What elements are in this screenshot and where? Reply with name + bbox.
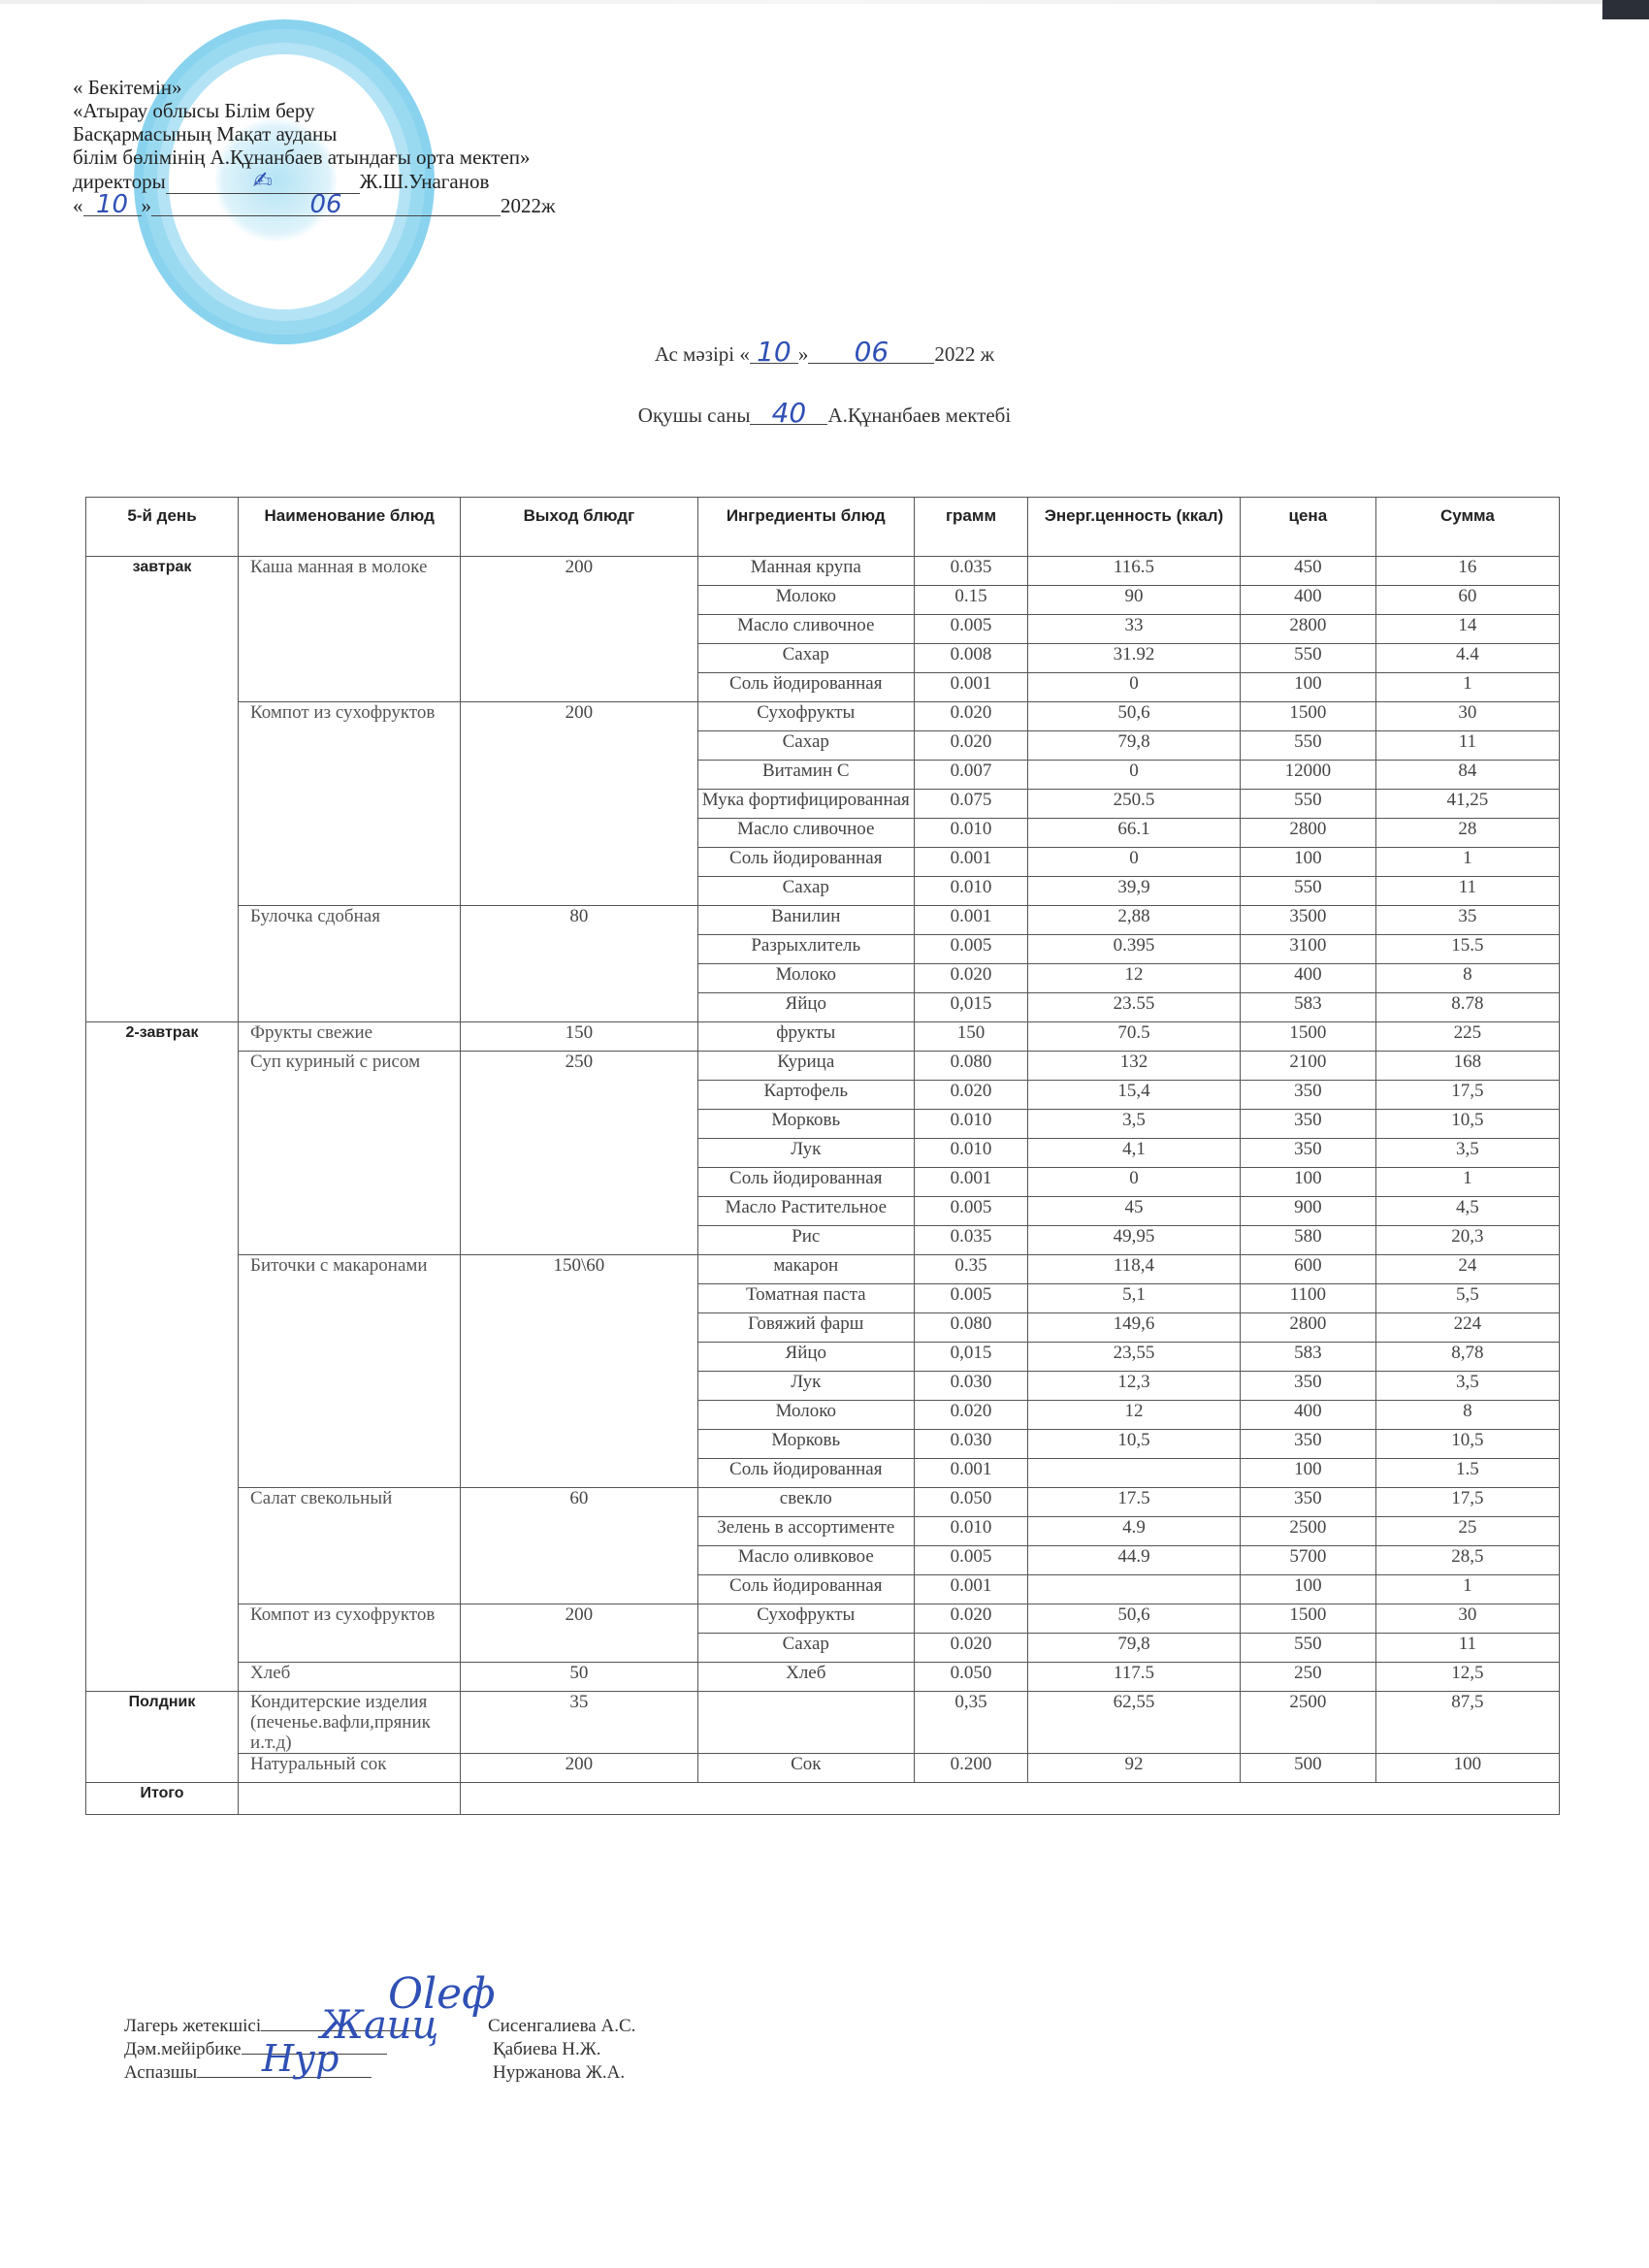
ingredient-gram: 0.030 xyxy=(915,1372,1028,1401)
ingredient-energy: 62,55 xyxy=(1027,1692,1240,1754)
ingredient-price: 583 xyxy=(1240,993,1375,1022)
ingredient-price: 900 xyxy=(1240,1197,1375,1226)
ingredient-price: 550 xyxy=(1240,731,1375,761)
ingredient-name: Сахар xyxy=(697,644,915,673)
ingredient-energy: 49,95 xyxy=(1027,1226,1240,1255)
ingredient-gram: 0.050 xyxy=(915,1488,1028,1517)
ingredient-price: 550 xyxy=(1240,644,1375,673)
col-ingredients: Ингредиенты блюд xyxy=(697,498,915,557)
ingredient-name: Яйцо xyxy=(697,1343,915,1372)
ingredient-name: свекло xyxy=(697,1488,915,1517)
ingredient-name: Соль йодированная xyxy=(697,1575,915,1604)
ingredient-price: 2800 xyxy=(1240,819,1375,848)
ingredient-sum: 8.78 xyxy=(1375,993,1559,1022)
ingredient-sum: 11 xyxy=(1375,1634,1559,1663)
ingredient-sum: 8 xyxy=(1375,964,1559,993)
ingredient-energy: 31.92 xyxy=(1027,644,1240,673)
ingredient-sum: 30 xyxy=(1375,702,1559,731)
ingredient-energy: 23,55 xyxy=(1027,1343,1240,1372)
col-day: 5-й день xyxy=(86,498,239,557)
dish-name: Булочка сдобная xyxy=(239,906,461,1022)
ingredient-price: 5700 xyxy=(1240,1546,1375,1575)
ingredient-name: Молоко xyxy=(697,964,915,993)
ingredient-price: 2500 xyxy=(1240,1692,1375,1754)
ingredient-energy: 12 xyxy=(1027,1401,1240,1430)
ingredient-name: Ванилин xyxy=(697,906,915,935)
scan-corner-mark xyxy=(1602,0,1649,19)
dish-output: 200 xyxy=(461,557,697,702)
ingredient-sum: 10,5 xyxy=(1375,1430,1559,1459)
ingredient-name: Соль йодированная xyxy=(697,673,915,702)
ingredient-energy: 70.5 xyxy=(1027,1022,1240,1052)
ingredient-energy: 92 xyxy=(1027,1754,1240,1783)
ingredient-gram: 0.020 xyxy=(915,1081,1028,1110)
ingredient-sum: 1 xyxy=(1375,848,1559,877)
ingredient-name xyxy=(697,1692,915,1754)
ingredient-sum: 8,78 xyxy=(1375,1343,1559,1372)
ingredient-price: 100 xyxy=(1240,848,1375,877)
ingredient-gram: 0.020 xyxy=(915,731,1028,761)
ingredient-energy: 4.9 xyxy=(1027,1517,1240,1546)
meal-label: завтрак xyxy=(86,557,239,1022)
table-row: Булочка сдобная80Ванилин0.0012,88350035 xyxy=(86,906,1560,935)
ingredient-price: 100 xyxy=(1240,673,1375,702)
ingredient-sum: 225 xyxy=(1375,1022,1559,1052)
ingredient-name: Морковь xyxy=(697,1430,915,1459)
ingredient-price: 100 xyxy=(1240,1575,1375,1604)
ingredient-gram: 0.001 xyxy=(915,1575,1028,1604)
ingredient-name: Картофель xyxy=(697,1081,915,1110)
ingredient-energy xyxy=(1027,1575,1240,1604)
total-row: Итого xyxy=(86,1783,1560,1815)
ingredient-price: 350 xyxy=(1240,1139,1375,1168)
ingredient-price: 2800 xyxy=(1240,615,1375,644)
total-value xyxy=(461,1783,1560,1815)
ingredient-name: Сухофрукты xyxy=(697,1604,915,1634)
ingredient-energy: 3,5 xyxy=(1027,1110,1240,1139)
ingredient-gram: 0.001 xyxy=(915,906,1028,935)
dish-output: 35 xyxy=(461,1692,697,1754)
ingredient-name: фрукты xyxy=(697,1022,915,1052)
ingredient-price: 583 xyxy=(1240,1343,1375,1372)
col-output: Выход блюдг xyxy=(461,498,697,557)
ingredient-energy: 50,6 xyxy=(1027,702,1240,731)
ingredient-gram: 0,35 xyxy=(915,1692,1028,1754)
ingredient-sum: 224 xyxy=(1375,1313,1559,1343)
ingredient-gram: 150 xyxy=(915,1022,1028,1052)
ingredient-gram: 0.035 xyxy=(915,557,1028,586)
ingredient-name: Рис xyxy=(697,1226,915,1255)
approval-date-day: 10 xyxy=(83,194,142,216)
ingredient-gram: 0,015 xyxy=(915,1343,1028,1372)
dish-name: Кондитерские изделия (печенье.вафли,прян… xyxy=(239,1692,461,1754)
dish-output: 250 xyxy=(461,1052,697,1255)
dish-name: Каша манная в молоке xyxy=(239,557,461,702)
ingredient-name: Масло сливочное xyxy=(697,615,915,644)
table-row: Компот из сухофруктов200Сухофрукты0.0205… xyxy=(86,1604,1560,1634)
approval-date-line: «10»062022ж xyxy=(73,194,556,217)
ingredient-energy: 50,6 xyxy=(1027,1604,1240,1634)
ingredient-energy: 132 xyxy=(1027,1052,1240,1081)
ingredient-energy: 0 xyxy=(1027,848,1240,877)
ingredient-energy: 33 xyxy=(1027,615,1240,644)
total-label: Итого xyxy=(86,1783,239,1815)
ingredient-name: Соль йодированная xyxy=(697,848,915,877)
ingredient-name: Манная крупа xyxy=(697,557,915,586)
ingredient-sum: 1.5 xyxy=(1375,1459,1559,1488)
ingredient-energy: 0 xyxy=(1027,761,1240,790)
ingredient-name: Соль йодированная xyxy=(697,1168,915,1197)
dish-name: Компот из сухофруктов xyxy=(239,1604,461,1663)
ingredient-gram: 0.005 xyxy=(915,1197,1028,1226)
ingredient-sum: 35 xyxy=(1375,906,1559,935)
ingredient-sum: 12,5 xyxy=(1375,1663,1559,1692)
ingredient-gram: 0.010 xyxy=(915,819,1028,848)
dish-name: Салат свекольный xyxy=(239,1488,461,1604)
ingredient-price: 500 xyxy=(1240,1754,1375,1783)
approval-line: білім бөлімінің А.Құнанбаев атындағы орт… xyxy=(73,146,556,169)
ingredient-name: Курица xyxy=(697,1052,915,1081)
ingredient-sum: 11 xyxy=(1375,877,1559,906)
ingredient-energy: 90 xyxy=(1027,586,1240,615)
approval-line: Басқармасының Мақат ауданы xyxy=(73,122,556,146)
ingredient-price: 580 xyxy=(1240,1226,1375,1255)
ingredient-price: 12000 xyxy=(1240,761,1375,790)
ingredient-price: 3100 xyxy=(1240,935,1375,964)
dish-name: Фрукты свежие xyxy=(239,1022,461,1052)
ingredient-gram: 0.050 xyxy=(915,1663,1028,1692)
ingredient-price: 400 xyxy=(1240,586,1375,615)
ingredient-gram: 0.020 xyxy=(915,1604,1028,1634)
table-row: 2-завтракФрукты свежие150фрукты15070.515… xyxy=(86,1022,1560,1052)
ingredient-energy: 12 xyxy=(1027,964,1240,993)
ingredient-sum: 3,5 xyxy=(1375,1372,1559,1401)
ingredient-gram: 0,015 xyxy=(915,993,1028,1022)
ingredient-name: Масло сливочное xyxy=(697,819,915,848)
dish-output: 60 xyxy=(461,1488,697,1604)
ingredient-sum: 25 xyxy=(1375,1517,1559,1546)
ingredient-sum: 1 xyxy=(1375,1168,1559,1197)
ingredient-name: Соль йодированная xyxy=(697,1459,915,1488)
ingredient-energy: 0 xyxy=(1027,1168,1240,1197)
ingredient-gram: 0.035 xyxy=(915,1226,1028,1255)
ingredient-price: 350 xyxy=(1240,1110,1375,1139)
approval-line: « Бекітемін» xyxy=(73,76,556,99)
table-row: Хлеб50Хлеб0.050117.525012,5 xyxy=(86,1663,1560,1692)
approval-line: «Атырау облысы Білім беру xyxy=(73,99,556,122)
ingredient-name: Говяжий фарш xyxy=(697,1313,915,1343)
handwritten-signature: Нур xyxy=(262,2037,339,2080)
ingredient-name: Зелень в ассортименте xyxy=(697,1517,915,1546)
ingredient-name: Масло Растительное xyxy=(697,1197,915,1226)
ingredient-gram: 0.010 xyxy=(915,877,1028,906)
ingredient-name: Витамин С xyxy=(697,761,915,790)
ingredient-sum: 84 xyxy=(1375,761,1559,790)
ingredient-price: 1500 xyxy=(1240,1022,1375,1052)
ingredient-name: Разрыхлитель xyxy=(697,935,915,964)
ingredient-gram: 0.001 xyxy=(915,673,1028,702)
ingredient-gram: 0.001 xyxy=(915,1168,1028,1197)
ingredient-gram: 0.020 xyxy=(915,964,1028,993)
dish-output: 80 xyxy=(461,906,697,1022)
ingredient-energy: 39,9 xyxy=(1027,877,1240,906)
dish-output: 200 xyxy=(461,1754,697,1783)
ingredient-energy: 79,8 xyxy=(1027,1634,1240,1663)
col-sum: Сумма xyxy=(1375,498,1559,557)
ingredient-gram: 0.005 xyxy=(915,935,1028,964)
approval-block: « Бекітемін» «Атырау облысы Білім беру Б… xyxy=(73,76,556,217)
ingredient-sum: 100 xyxy=(1375,1754,1559,1783)
ingredient-energy: 0.395 xyxy=(1027,935,1240,964)
ingredient-name: Лук xyxy=(697,1372,915,1401)
ingredient-energy xyxy=(1027,1459,1240,1488)
ingredient-energy: 118,4 xyxy=(1027,1255,1240,1284)
ingredient-gram: 0.001 xyxy=(915,1459,1028,1488)
ingredient-gram: 0.020 xyxy=(915,702,1028,731)
ingredient-gram: 0.030 xyxy=(915,1430,1028,1459)
ingredient-sum: 1 xyxy=(1375,1575,1559,1604)
ingredient-price: 400 xyxy=(1240,1401,1375,1430)
menu-date-line: Ас мәзірі «10»062022 ж xyxy=(0,341,1649,367)
ingredient-gram: 0.075 xyxy=(915,790,1028,819)
ingredient-energy: 0 xyxy=(1027,673,1240,702)
ingredient-price: 1500 xyxy=(1240,702,1375,731)
ingredient-sum: 10,5 xyxy=(1375,1110,1559,1139)
dish-output: 150 xyxy=(461,1022,697,1052)
ingredient-gram: 0.200 xyxy=(915,1754,1028,1783)
ingredient-gram: 0.080 xyxy=(915,1313,1028,1343)
ingredient-name: Молоко xyxy=(697,586,915,615)
ingredient-sum: 28,5 xyxy=(1375,1546,1559,1575)
ingredient-energy: 2,88 xyxy=(1027,906,1240,935)
ingredient-name: Сахар xyxy=(697,1634,915,1663)
ingredient-energy: 116.5 xyxy=(1027,557,1240,586)
ingredient-sum: 20,3 xyxy=(1375,1226,1559,1255)
meal-label: 2-завтрак xyxy=(86,1022,239,1692)
ingredient-name: Томатная паста xyxy=(697,1284,915,1313)
ingredient-price: 550 xyxy=(1240,790,1375,819)
ingredient-price: 2100 xyxy=(1240,1052,1375,1081)
dish-name: Биточки с макаронами xyxy=(239,1255,461,1488)
ingredient-price: 400 xyxy=(1240,964,1375,993)
ingredient-sum: 8 xyxy=(1375,1401,1559,1430)
ingredient-sum: 30 xyxy=(1375,1604,1559,1634)
dish-output: 50 xyxy=(461,1663,697,1692)
ingredient-name: Яйцо xyxy=(697,993,915,1022)
ingredient-name: Сок xyxy=(697,1754,915,1783)
dish-name: Суп куриный с рисом xyxy=(239,1052,461,1255)
ingredient-sum: 14 xyxy=(1375,615,1559,644)
ingredient-price: 550 xyxy=(1240,1634,1375,1663)
ingredient-sum: 5,5 xyxy=(1375,1284,1559,1313)
table-row: Суп куриный с рисом250Курица0.0801322100… xyxy=(86,1052,1560,1081)
ingredient-price: 450 xyxy=(1240,557,1375,586)
dish-name: Хлеб xyxy=(239,1663,461,1692)
ingredient-sum: 16 xyxy=(1375,557,1559,586)
ingredient-price: 250 xyxy=(1240,1663,1375,1692)
ingredient-sum: 15.5 xyxy=(1375,935,1559,964)
ingredient-energy: 4,1 xyxy=(1027,1139,1240,1168)
ingredient-energy: 45 xyxy=(1027,1197,1240,1226)
col-price: цена xyxy=(1240,498,1375,557)
ingredient-name: Хлеб xyxy=(697,1663,915,1692)
ingredient-price: 3500 xyxy=(1240,906,1375,935)
ingredient-name: Сухофрукты xyxy=(697,702,915,731)
dish-output: 200 xyxy=(461,1604,697,1663)
menu-table-body: завтракКаша манная в молоке200Манная кру… xyxy=(86,557,1560,1783)
ingredient-sum: 41,25 xyxy=(1375,790,1559,819)
table-row: Салат свекольный60свекло0.05017.535017,5 xyxy=(86,1488,1560,1517)
ingredient-gram: 0.080 xyxy=(915,1052,1028,1081)
ingredient-sum: 4.4 xyxy=(1375,644,1559,673)
students-count: 40 xyxy=(750,403,827,425)
ingredient-energy: 79,8 xyxy=(1027,731,1240,761)
ingredient-price: 2500 xyxy=(1240,1517,1375,1546)
scan-edge xyxy=(0,0,1649,4)
ingredient-sum: 4,5 xyxy=(1375,1197,1559,1226)
ingredient-price: 100 xyxy=(1240,1168,1375,1197)
menu-day: 10 xyxy=(750,341,798,364)
ingredient-energy: 10,5 xyxy=(1027,1430,1240,1459)
ingredient-energy: 149,6 xyxy=(1027,1313,1240,1343)
ingredient-price: 350 xyxy=(1240,1081,1375,1110)
ingredient-energy: 250.5 xyxy=(1027,790,1240,819)
ingredient-gram: 0.005 xyxy=(915,615,1028,644)
table-row: Биточки с макаронами150\60макарон0.35118… xyxy=(86,1255,1560,1284)
menu-month: 06 xyxy=(808,341,934,364)
ingredient-price: 1500 xyxy=(1240,1604,1375,1634)
ingredient-sum: 24 xyxy=(1375,1255,1559,1284)
col-energy: Энерг.ценность (ккал) xyxy=(1027,498,1240,557)
ingredient-energy: 23.55 xyxy=(1027,993,1240,1022)
ingredient-price: 350 xyxy=(1240,1372,1375,1401)
ingredient-gram: 0.001 xyxy=(915,848,1028,877)
ingredient-name: Мука фортифицированная xyxy=(697,790,915,819)
ingredient-sum: 17,5 xyxy=(1375,1081,1559,1110)
ingredient-gram: 0.010 xyxy=(915,1139,1028,1168)
dish-output: 150\60 xyxy=(461,1255,697,1488)
ingredient-gram: 0.005 xyxy=(915,1546,1028,1575)
col-dish: Наименование блюд xyxy=(239,498,461,557)
ingredient-energy: 44.9 xyxy=(1027,1546,1240,1575)
ingredient-name: Морковь xyxy=(697,1110,915,1139)
ingredient-sum: 87,5 xyxy=(1375,1692,1559,1754)
total-cell xyxy=(239,1783,461,1815)
ingredient-name: Масло оливковое xyxy=(697,1546,915,1575)
ingredient-sum: 168 xyxy=(1375,1052,1559,1081)
ingredient-energy: 15,4 xyxy=(1027,1081,1240,1110)
ingredient-price: 100 xyxy=(1240,1459,1375,1488)
ingredient-price: 350 xyxy=(1240,1430,1375,1459)
ingredient-gram: 0.005 xyxy=(915,1284,1028,1313)
ingredient-name: Лук xyxy=(697,1139,915,1168)
ingredient-gram: 0.020 xyxy=(915,1401,1028,1430)
ingredient-name: Сахар xyxy=(697,731,915,761)
ingredient-energy: 5,1 xyxy=(1027,1284,1240,1313)
ingredient-energy: 17.5 xyxy=(1027,1488,1240,1517)
ingredient-name: Молоко xyxy=(697,1401,915,1430)
ingredient-gram: 0.15 xyxy=(915,586,1028,615)
ingredient-name: макарон xyxy=(697,1255,915,1284)
ingredient-gram: 0.010 xyxy=(915,1517,1028,1546)
approval-date-month: 06 xyxy=(151,194,501,216)
dish-name: Компот из сухофруктов xyxy=(239,702,461,906)
ingredient-price: 600 xyxy=(1240,1255,1375,1284)
ingredient-sum: 28 xyxy=(1375,819,1559,848)
table-row: ПолдникКондитерские изделия (печенье.ваф… xyxy=(86,1692,1560,1754)
meal-label: Полдник xyxy=(86,1692,239,1783)
table-header-row: 5-й день Наименование блюд Выход блюдг И… xyxy=(86,498,1560,557)
ingredient-gram: 0.007 xyxy=(915,761,1028,790)
ingredient-gram: 0.020 xyxy=(915,1634,1028,1663)
ingredient-sum: 3,5 xyxy=(1375,1139,1559,1168)
table-row: Компот из сухофруктов200Сухофрукты0.0205… xyxy=(86,702,1560,731)
dish-name: Натуральный сок xyxy=(239,1754,461,1783)
menu-table: 5-й день Наименование блюд Выход блюдг И… xyxy=(85,497,1560,1815)
ingredient-price: 2800 xyxy=(1240,1313,1375,1343)
ingredient-gram: 0.35 xyxy=(915,1255,1028,1284)
ingredient-sum: 17,5 xyxy=(1375,1488,1559,1517)
ingredient-sum: 60 xyxy=(1375,586,1559,615)
col-gram: грамм xyxy=(915,498,1028,557)
ingredient-sum: 1 xyxy=(1375,673,1559,702)
ingredient-price: 350 xyxy=(1240,1488,1375,1517)
dish-output: 200 xyxy=(461,702,697,906)
ingredient-sum: 11 xyxy=(1375,731,1559,761)
students-line: Оқушы саны40А.Құнанбаев мектебі xyxy=(0,403,1649,428)
ingredient-energy: 66.1 xyxy=(1027,819,1240,848)
ingredient-gram: 0.008 xyxy=(915,644,1028,673)
ingredient-price: 550 xyxy=(1240,877,1375,906)
ingredient-gram: 0.010 xyxy=(915,1110,1028,1139)
ingredient-price: 1100 xyxy=(1240,1284,1375,1313)
ingredient-energy: 12,3 xyxy=(1027,1372,1240,1401)
ingredient-name: Сахар xyxy=(697,877,915,906)
ingredient-energy: 117.5 xyxy=(1027,1663,1240,1692)
table-row: завтракКаша манная в молоке200Манная кру… xyxy=(86,557,1560,586)
table-row: Натуральный сок200Сок0.20092500100 xyxy=(86,1754,1560,1783)
